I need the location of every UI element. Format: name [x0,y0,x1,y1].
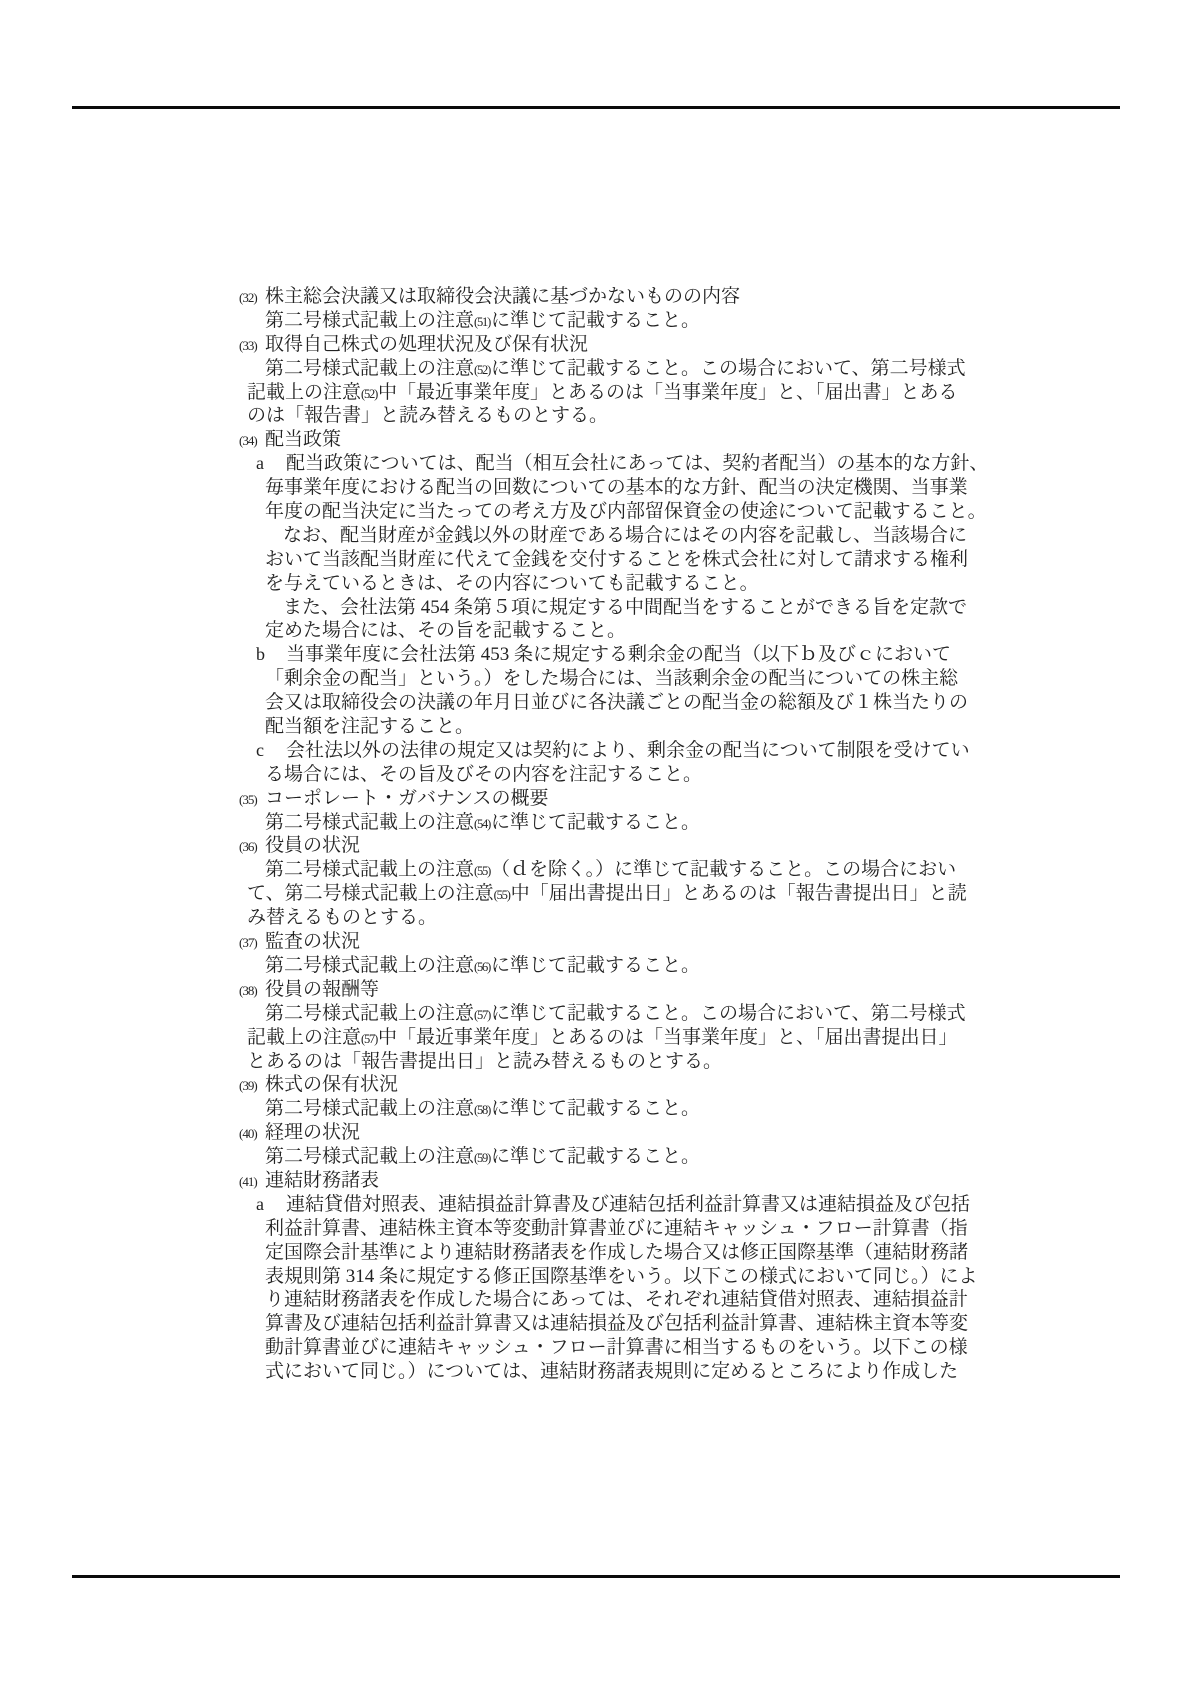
text-line: 第二号様式記載上の注意(51)に準じて記載すること。 [239,309,979,333]
text-line: 第二号様式記載上の注意(54)に準じて記載すること。 [239,811,979,835]
text-line: とあるのは「報告書提出日」と読み替えるものとする。 [239,1050,979,1074]
note-ref: (58) [474,1103,491,1117]
item-number: (32) [239,286,265,310]
note-ref: (54) [474,817,491,831]
item-number: (41) [239,1170,265,1194]
text-line: る場合には、その旨及びその内容を注記すること。 [239,763,979,787]
text-line: を与えているときは、その内容についても記載すること。 [239,572,979,596]
text-line: また、会社法第 454 条第５項に規定する中間配当をすることができる旨を定款で [239,596,979,620]
sub-item-letter: a [256,452,286,476]
text-line: c会社法以外の法律の規定又は契約により、剰余金の配当について制限を受けてい [239,739,979,763]
text-line: 式において同じ。）については、連結財務諸表規則に定めるところにより作成した [239,1360,979,1384]
text-line: 記載上の注意(57)中「最近事業年度」とあるのは「当事業年度」と、「届出書提出日… [239,1026,979,1050]
text-line: のは「報告書」と読み替えるものとする。 [239,404,979,428]
text-line: (32)株主総会決議又は取締役会決議に基づかないものの内容 [239,285,979,309]
item-number: (38) [239,979,265,1003]
top-rule [72,106,1120,109]
text-line: 第二号様式記載上の注意(56)に準じて記載すること。 [239,954,979,978]
text-line: 第二号様式記載上の注意(52)に準じて記載すること。この場合において、第二号様式 [239,357,979,381]
item-number: (39) [239,1074,265,1098]
text-line: 第二号様式記載上の注意(55)（ｄを除く。）に準じて記載すること。この場合におい [239,858,979,882]
text-line: 記載上の注意(52)中「最近事業年度」とあるのは「当事業年度」と、「届出書」とあ… [239,381,979,405]
text-line: 第二号様式記載上の注意(58)に準じて記載すること。 [239,1097,979,1121]
text-line: 第二号様式記載上の注意(59)に準じて記載すること。 [239,1145,979,1169]
text-line: なお、配当財産が金銭以外の財産である場合にはその内容を記載し、当該場合に [239,524,979,548]
note-ref: (52) [474,363,491,377]
item-number: (37) [239,931,265,955]
text-line: (37)監査の状況 [239,930,979,954]
item-number: (33) [239,334,265,358]
note-ref: (57) [474,1008,491,1022]
item-number: (40) [239,1122,265,1146]
item-number: (35) [239,788,265,812]
sub-item-letter: b [256,643,286,667]
text-line: 動計算書並びに連結キャッシュ・フロー計算書に相当するものをいう。以下この様 [239,1336,979,1360]
item-number: (34) [239,429,265,453]
text-line: (41)連結財務諸表 [239,1169,979,1193]
text-line: おいて当該配当財産に代えて金銭を交付することを株式会社に対して請求する権利 [239,548,979,572]
text-line: 利益計算書、連結株主資本等変動計算書並びに連結キャッシュ・フロー計算書（指 [239,1217,979,1241]
text-line: (39)株式の保有状況 [239,1073,979,1097]
note-ref: (52) [361,387,378,401]
text-line: b当事業年度に会社法第 453 条に規定する剰余金の配当（以下ｂ及びｃにおいて [239,643,979,667]
text-line: 表規則第 314 条に規定する修正国際基準をいう。以下この様式において同じ。）に… [239,1265,979,1289]
text-line: 第二号様式記載上の注意(57)に準じて記載すること。この場合において、第二号様式 [239,1002,979,1026]
text-line: (35)コーポレート・ガバナンスの概要 [239,787,979,811]
text-line: (34)配当政策 [239,428,979,452]
text-block: (32)株主総会決議又は取締役会決議に基づかないものの内容第二号様式記載上の注意… [239,285,979,1384]
note-ref: (51) [474,315,491,329]
sub-item-letter: a [256,1193,286,1217]
text-line: (36)役員の状況 [239,834,979,858]
note-ref: (55) [494,888,511,902]
text-line: 定めた場合には、その旨を記載すること。 [239,619,979,643]
text-line: み替えるものとする。 [239,906,979,930]
text-line: a連結貸借対照表、連結損益計算書及び連結包括利益計算書又は連結損益及び包括 [239,1193,979,1217]
text-line: て、第二号様式記載上の注意(55)中「届出書提出日」とあるのは「報告書提出日」と… [239,882,979,906]
text-line: 年度の配当決定に当たっての考え方及び内部留保資金の使途について記載すること。 [239,500,979,524]
bottom-rule [72,1575,1120,1578]
item-number: (36) [239,835,265,859]
text-line: (33)取得自己株式の処理状況及び保有状況 [239,333,979,357]
sub-item-letter: c [256,739,286,763]
note-ref: (59) [474,1151,491,1165]
text-line: 算書及び連結包括利益計算書又は連結損益及び包括利益計算書、連結株主資本等変 [239,1312,979,1336]
text-line: (38)役員の報酬等 [239,978,979,1002]
note-ref: (56) [474,960,491,974]
text-line: 「剰余金の配当」という。）をした場合には、当該剰余金の配当についての株主総 [239,667,979,691]
note-ref: (57) [361,1032,378,1046]
text-line: 配当額を注記すること。 [239,715,979,739]
text-line: a配当政策については、配当（相互会社にあっては、契約者配当）の基本的な方針、 [239,452,979,476]
text-line: 定国際会計基準により連結財務諸表を作成した場合又は修正国際基準（連結財務諸 [239,1241,979,1265]
text-line: 会又は取締役会の決議の年月日並びに各決議ごとの配当金の総額及び１株当たりの [239,691,979,715]
document-page: (32)株主総会決議又は取締役会決議に基づかないものの内容第二号様式記載上の注意… [0,0,1192,1685]
text-line: 毎事業年度における配当の回数についての基本的な方針、配当の決定機関、当事業 [239,476,979,500]
note-ref: (55) [474,864,491,878]
text-line: り連結財務諸表を作成した場合にあっては、それぞれ連結貸借対照表、連結損益計 [239,1288,979,1312]
text-line: (40)経理の状況 [239,1121,979,1145]
